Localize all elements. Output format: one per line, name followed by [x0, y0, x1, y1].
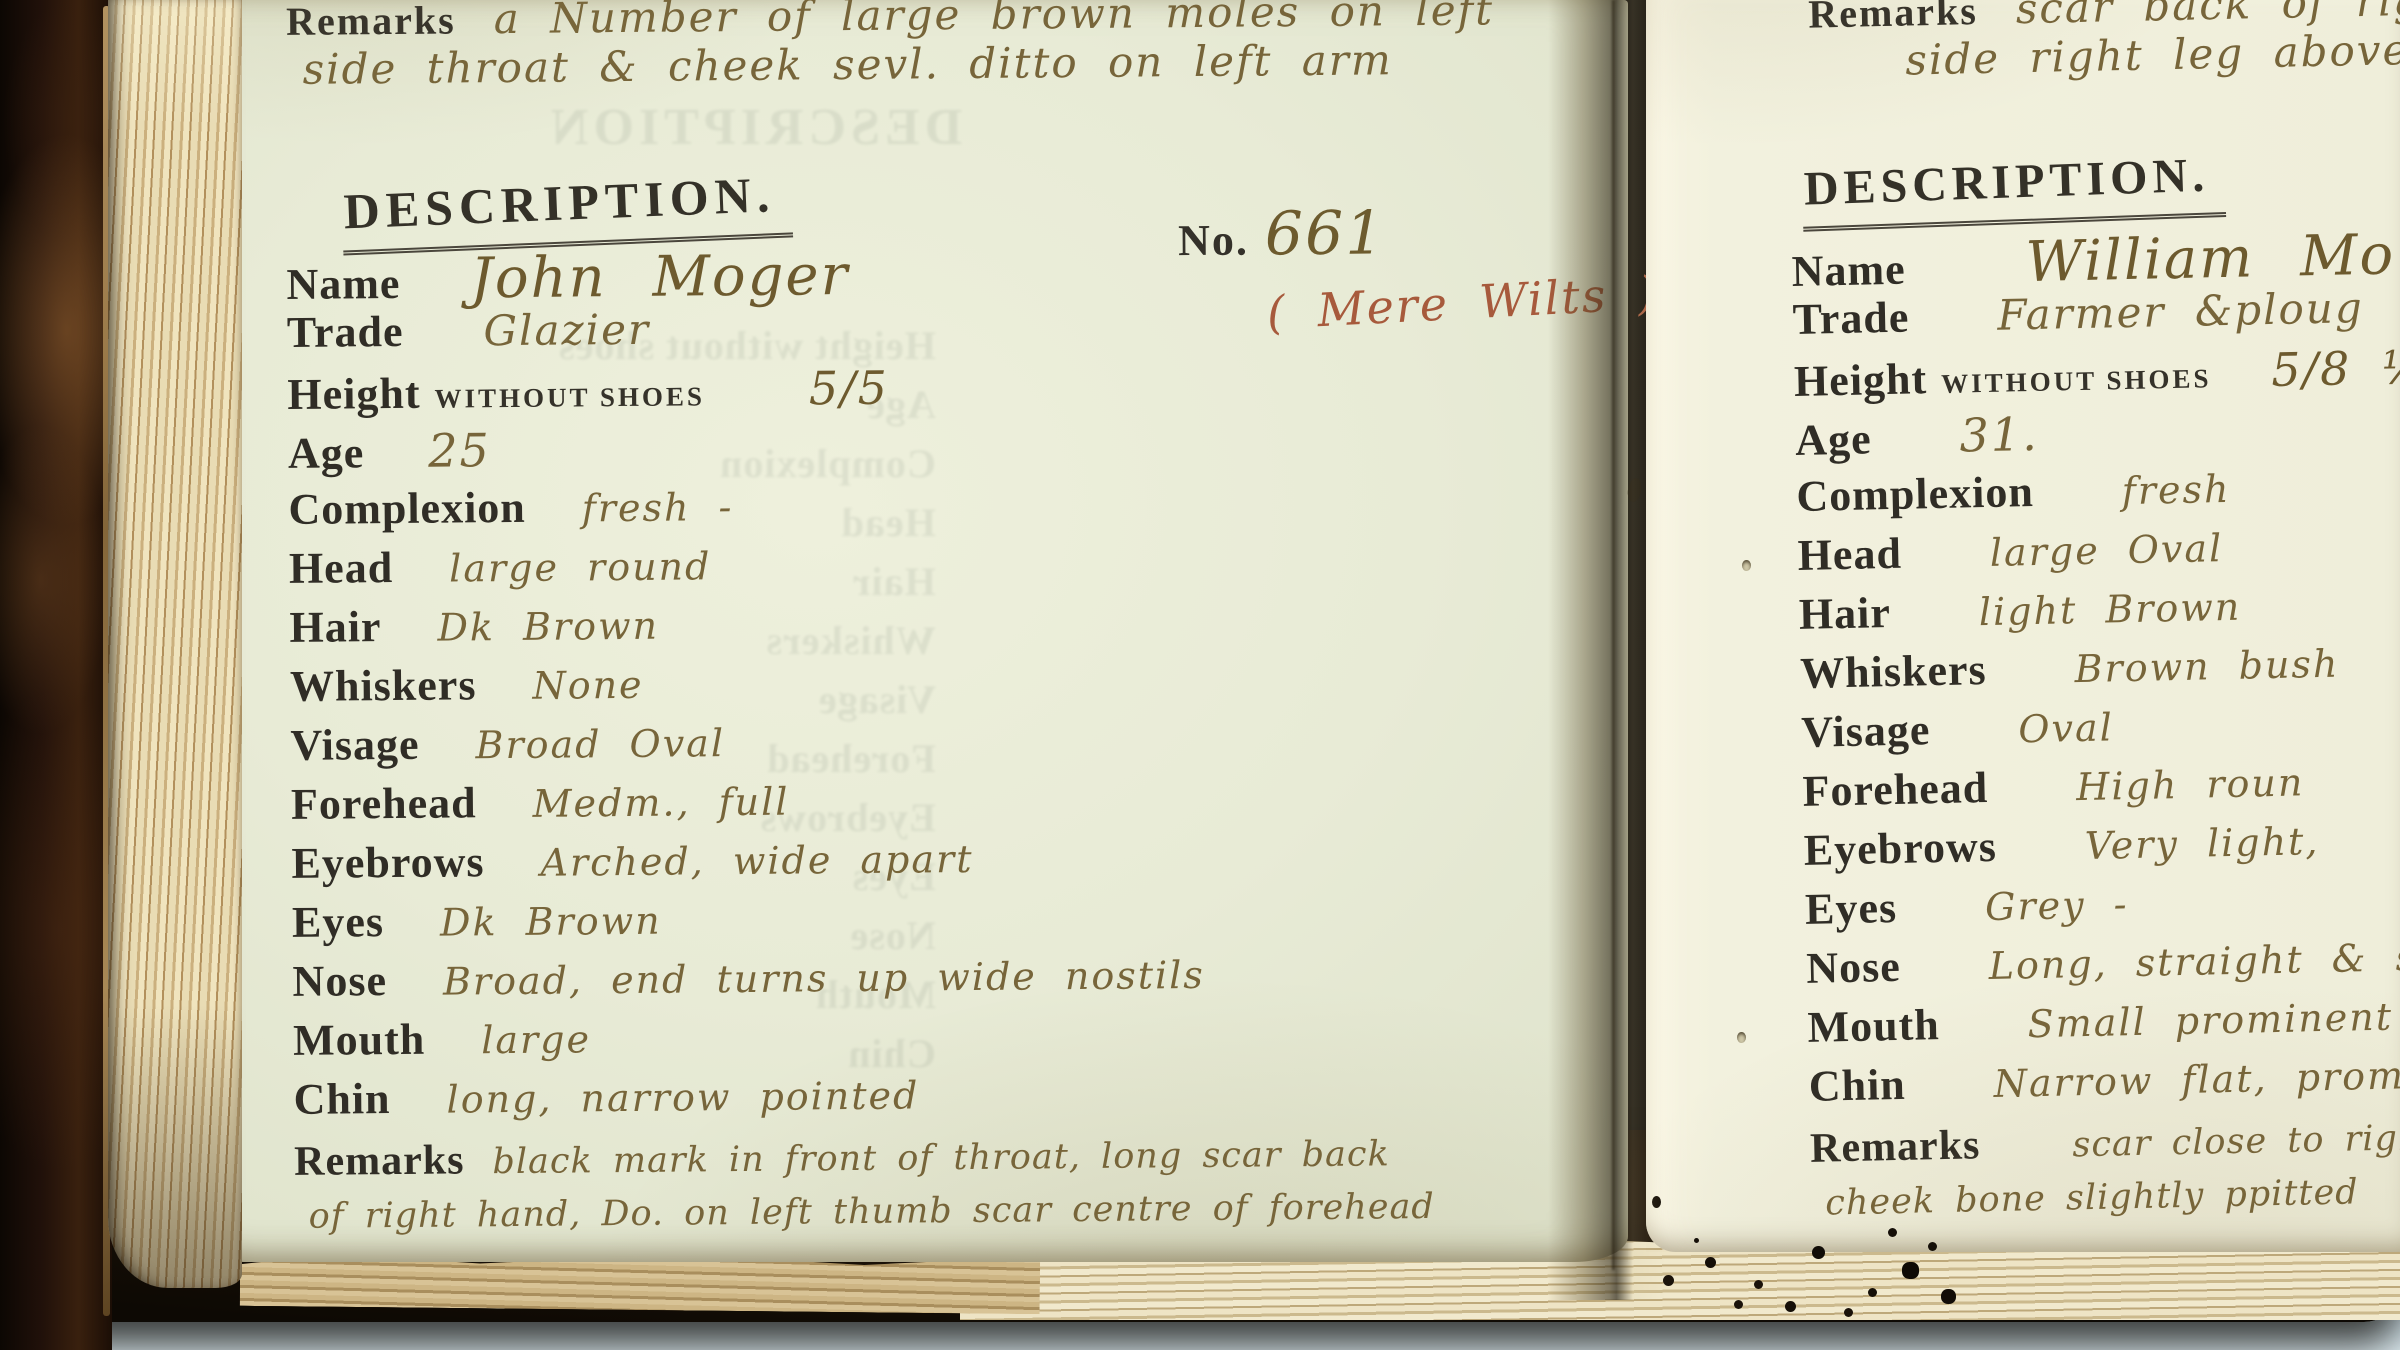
field-label: Hair [289, 601, 381, 653]
field-value-handwritten: Grey - [1985, 882, 2129, 929]
field-label: Mouth [293, 1014, 426, 1066]
field-value-handwritten: 5/8 ½ [2271, 340, 2400, 397]
field-label: Visage [290, 719, 419, 771]
field-label: Eyes [1805, 882, 1898, 935]
field-label: Height [287, 368, 421, 420]
remarks-line2: side throat & cheek sevl. ditto on left … [302, 34, 1494, 93]
field-row-remarks: Remarks scar close to right cheek bone s… [1810, 1111, 2400, 1227]
description-header: DESCRIPTION. [1801, 147, 2227, 232]
field-value-handwritten: None [532, 663, 643, 708]
field-label: Whiskers [290, 659, 477, 712]
field-value-handwritten: Long, straight & st [1988, 935, 2400, 988]
field-label: Whiskers [1800, 644, 1988, 699]
gutter-crease-line [1612, 0, 1615, 1270]
field-value-handwritten-line2: of right hand, Do. on left thumb scar ce… [308, 1182, 1634, 1240]
left-page-fields: Name John Moger Trade Glazier Height WIT… [286, 236, 1635, 1240]
pinhole [1742, 560, 1751, 571]
field-value-handwritten: Farmer &ploug [1997, 283, 2364, 340]
field-sublabel: WITHOUT SHOES [434, 381, 705, 414]
leather-cover-edge [0, 0, 112, 1350]
field-label: Complexion [288, 482, 526, 535]
pinhole [1737, 1032, 1746, 1043]
field-label: Head [1797, 528, 1902, 581]
field-sublabel: WITHOUT SHOES [1941, 363, 2212, 400]
field-value-handwritten: 31. [1959, 407, 2039, 463]
ink-blob [1652, 1196, 1661, 1208]
field-label: Forehead [291, 777, 477, 830]
field-value-handwritten: High roun [2076, 760, 2305, 809]
field-value-handwritten: Medm., full [532, 780, 789, 826]
field-value-handwritten: 25 [428, 423, 491, 478]
field-label: Eyes [292, 896, 384, 948]
field-label: Chin [293, 1073, 390, 1125]
field-value-handwritten: Glazier [483, 305, 650, 355]
field-value-handwritten: 5/5 [809, 361, 889, 416]
ink-speckles [1694, 1238, 1699, 1243]
field-label: Height [1793, 353, 1927, 407]
previous-entry-remarks: Remarks scar back of rig side right leg … [1808, 0, 2400, 87]
field-value-handwritten: Small prominent [2027, 995, 2393, 1047]
field-label: Hair [1798, 587, 1891, 640]
field-row-name: Name William Mo [1791, 220, 2400, 294]
remarks-label: Remarks [286, 0, 456, 44]
field-value-handwritten: black mark in front of throat, long scar… [492, 1134, 1390, 1182]
field-label: Visage [1801, 704, 1931, 758]
field-label: Nose [292, 955, 387, 1007]
field-value-handwritten: Brown bush [2074, 642, 2340, 692]
field-label: Complexion [1796, 466, 2034, 522]
field-value-handwritten: long, narrow pointed [446, 1073, 919, 1121]
left-page-content: Remarks a Number of large brown moles on… [228, 0, 1639, 1264]
field-label: Forehead [1802, 762, 1989, 817]
field-value-handwritten: scar close to right [2072, 1118, 2400, 1166]
remarks-line2: side right leg above di [1905, 23, 2400, 84]
field-label: Age [288, 427, 365, 479]
field-value-handwritten: Broad, end turns up wide nostils [443, 953, 1205, 1004]
right-page: Remarks scar back of rig side right leg … [1646, 0, 2400, 1252]
page-stack-edges-left [108, 0, 242, 1288]
field-row-remarks: Remarks black mark in front of throat, l… [294, 1127, 1635, 1240]
photo-of-open-register-book: { "colors": { "page_cream": "#e9ecd7", "… [0, 0, 2400, 1350]
field-value-handwritten: large [481, 1017, 591, 1062]
field-label: Eyebrows [291, 836, 484, 889]
field-label: Nose [1806, 941, 1901, 994]
field-value-handwritten: Dk Brown [437, 604, 659, 650]
field-value-handwritten: fresh - [582, 485, 734, 530]
field-value-handwritten: fresh [2121, 467, 2231, 513]
field-label: Name [286, 258, 400, 310]
field-value-handwritten: Narrow flat, prom [1993, 1053, 2400, 1106]
field-label: Mouth [1807, 999, 1940, 1053]
field-value-handwritten: Very light, [2084, 819, 2319, 868]
field-label: Age [1795, 413, 1872, 466]
field-value-handwritten-line2: cheek bone slightly ppitted [1825, 1166, 2400, 1226]
field-label: Trade [287, 306, 404, 358]
field-value-handwritten: Broad Oval [475, 721, 725, 767]
field-value-handwritten: large round [449, 544, 712, 590]
field-value-handwritten: Dk Brown [440, 899, 662, 945]
field-label: Head [289, 542, 394, 594]
field-value-handwritten: John Moger [470, 243, 849, 311]
field-row-chin: Chin long, narrow pointed [293, 1062, 1633, 1133]
right-page-content: Remarks scar back of rig side right leg … [1646, 0, 2400, 1252]
field-label: Eyebrows [1803, 821, 1997, 876]
right-page-fields: Name William Mo Trade Farmer &ploug Heig… [1791, 220, 2400, 1226]
field-value-handwritten: Oval [2018, 705, 2114, 751]
field-value-handwritten: Arched, wide apart [540, 837, 973, 885]
field-label: Chin [1808, 1059, 1906, 1112]
field-label: Remarks [294, 1137, 465, 1184]
remarks-label: Remarks [1808, 0, 1978, 37]
left-page: DESCRIPTION Height without shoes Age Com… [228, 0, 1628, 1262]
field-label: Remarks [1810, 1122, 1981, 1172]
previous-entry-remarks: Remarks a Number of large brown moles on… [286, 0, 1495, 94]
description-header: DESCRIPTION. [341, 164, 793, 255]
field-value-handwritten: large Oval [1989, 526, 2223, 575]
field-label: Trade [1792, 292, 1910, 345]
field-value-handwritten: light Brown [1978, 585, 2241, 634]
field-label: Name [1791, 244, 1906, 297]
